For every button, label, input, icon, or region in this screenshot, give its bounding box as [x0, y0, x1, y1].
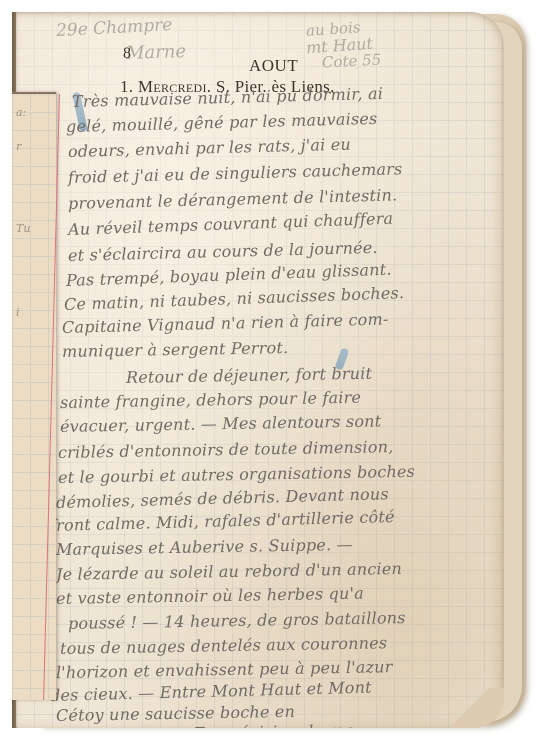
- handwritten-line: froid et j'ai eu de singuliers cauchemar…: [68, 159, 403, 187]
- handwritten-line: évacuer, urgent. — Mes alentours sont: [60, 411, 382, 436]
- handwritten-line: gelé, mouillé, gêné par les mauvaises: [66, 109, 378, 136]
- diary-page: 29e Champre Marne au bois mt Haut Cote 5…: [16, 12, 504, 728]
- handwritten-line: tous de nuages dentelés aux couronnes: [60, 633, 388, 658]
- handwritten-line: front calme. Midi, rafales d'artillerie …: [50, 507, 395, 535]
- handwritten-line: et vaste entonnoir où les herbes qu'a: [56, 584, 364, 608]
- handwritten-line: Retour de déjeuner, fort bruit: [126, 364, 372, 387]
- handwritten-line: odeurs, envahi par les rats, j'ai eu: [68, 135, 351, 161]
- handwritten-line: Au réveil temps couvrant qui chauffera: [68, 209, 394, 239]
- previous-page-edge: a: r Tu i: [12, 92, 56, 700]
- previous-page-text: a:: [16, 106, 26, 119]
- previous-page-text: i: [16, 306, 20, 319]
- handwritten-line: Cétoy une saucisse boche en: [56, 702, 295, 725]
- handwritten-line: Capitaine Vignaud n'a rien à faire com-: [62, 309, 389, 337]
- handwritten-line: Je lézarde au soleil au rebord d'un anci…: [56, 559, 402, 584]
- handwritten-line: Très mauvaise nuit, n'ai pu dormir, ai: [72, 84, 384, 111]
- previous-page-text: r: [16, 140, 21, 153]
- handwritten-line: criblés d'entonnoirs de toute dimension,: [58, 437, 394, 462]
- previous-page-text: Tu: [16, 222, 30, 235]
- handwritten-line: muniquer à sergent Perrot.: [62, 338, 289, 361]
- folded-corner: [434, 688, 504, 728]
- scanned-diary-page: 29e Champre Marne au bois mt Haut Cote 5…: [0, 0, 537, 743]
- handwritten-line: Marquises et Auberive s. Suippe. —: [56, 535, 353, 559]
- annotation-top-left-2: Marne: [126, 41, 187, 64]
- handwritten-line: et le gourbi et autres organisations boc…: [58, 462, 415, 487]
- handwritten-line: sainte frangine, dehors pour le faire: [60, 388, 361, 412]
- handwritten-line: provenant le dérangement de l'intestin.: [68, 185, 398, 213]
- annotation-top-right-3: Cote 55: [322, 50, 382, 71]
- annotation-top-left-1: 29e Champre: [56, 15, 173, 41]
- handwritten-line: des cieux. — Entre Mont Haut et Mont: [50, 678, 372, 705]
- handwritten-line: poussé ! — 14 heures, de gros bataillons: [68, 608, 406, 633]
- month-heading: AOUT: [249, 56, 298, 76]
- page-number: 8: [123, 45, 131, 63]
